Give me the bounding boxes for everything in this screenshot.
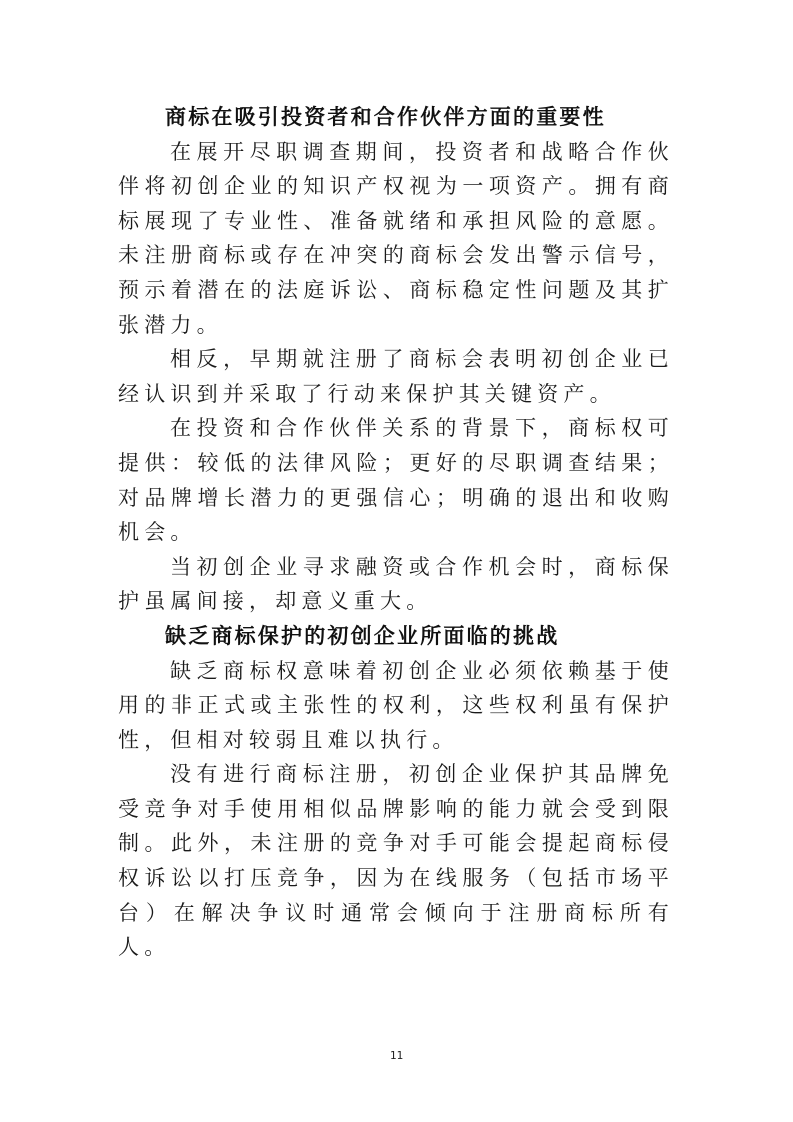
paragraph-financing-significance: 当初创企业寻求融资或合作机会时，商标保护虽属间接，却意义重大。 xyxy=(118,550,674,619)
section-heading-challenges: 缺乏商标保护的初创企业所面临的挑战 xyxy=(118,619,674,654)
paragraph-early-registration: 相反，早期就注册了商标会表明初创企业已经认识到并采取了行动来保护其关键资产。 xyxy=(118,342,674,411)
paragraph-due-diligence: 在展开尽职调查期间，投资者和战略合作伙伴将初创企业的知识产权视为一项资产。拥有商… xyxy=(118,135,674,343)
section-heading-importance: 商标在吸引投资者和合作伙伴方面的重要性 xyxy=(118,100,674,135)
page-number: 11 xyxy=(0,1049,793,1062)
paragraph-lack-of-rights: 缺乏商标权意味着初创企业必须依赖基于使用的非正式或主张性的权利，这些权利虽有保护… xyxy=(118,654,674,758)
paragraph-trademark-benefits: 在投资和合作伙伴关系的背景下，商标权可提供：较低的法律风险；更好的尽职调查结果；… xyxy=(118,411,674,549)
document-page: 商标在吸引投资者和合作伙伴方面的重要性 在展开尽职调查期间，投资者和战略合作伙伴… xyxy=(118,100,674,965)
paragraph-no-registration: 没有进行商标注册，初创企业保护其品牌免受竞争对手使用相似品牌影响的能力就会受到限… xyxy=(118,757,674,965)
